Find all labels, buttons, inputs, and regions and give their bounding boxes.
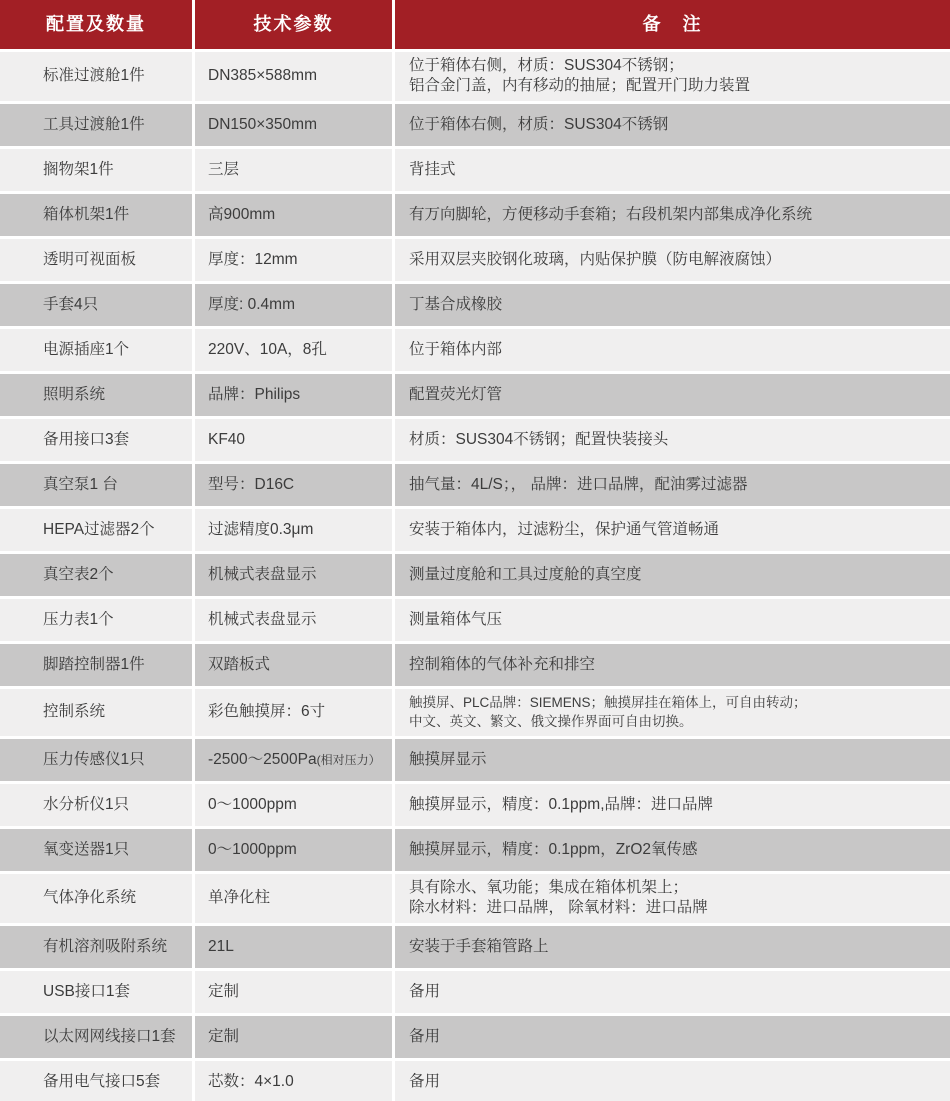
- param-value: 0～1000ppm: [208, 840, 297, 860]
- config-cell: 压力传感仪1只: [0, 739, 195, 781]
- param-cell: 0～1000ppm: [195, 784, 395, 826]
- header-param-column: 技术参数: [195, 0, 395, 49]
- table-row: 压力传感仪1只 -2500～2500Pa(相对压力） 触摸屏显示: [0, 739, 950, 784]
- remark-cell: 位于箱体内部: [395, 329, 950, 371]
- spec-table: 配置及数量 技术参数 备 注 标准过渡舱1件 DN385×588mm 位于箱体右…: [0, 0, 950, 1101]
- param-cell: 机械式表盘显示: [195, 554, 395, 596]
- remark-cell: 位于箱体右侧，材质：SUS304不锈钢: [395, 104, 950, 146]
- param-cell: 芯数：4×1.0: [195, 1061, 395, 1101]
- param-value: 彩色触摸屏：6寸: [208, 702, 325, 722]
- config-cell: 真空泵1 台: [0, 464, 195, 506]
- config-cell: 气体净化系统: [0, 874, 195, 923]
- remark-cell: 测量过度舱和工具过度舱的真空度: [395, 554, 950, 596]
- table-row: 真空泵1 台 型号：D16C 抽气量：4L/S；， 品牌：进口品牌，配油雾过滤器: [0, 464, 950, 509]
- remark-cell: 触摸屏显示: [395, 739, 950, 781]
- config-cell: 手套4只: [0, 284, 195, 326]
- param-note: (相对压力）: [317, 751, 381, 769]
- param-value: 定制: [208, 982, 239, 1002]
- config-cell: 脚踏控制器1件: [0, 644, 195, 686]
- config-cell: 控制系统: [0, 689, 195, 736]
- remark-cell: 安装于箱体内，过滤粉尘，保护通气管道畅通: [395, 509, 950, 551]
- param-value: DN385×588mm: [208, 66, 317, 86]
- config-cell: 氧变送器1只: [0, 829, 195, 871]
- remark-cell: 具有除水、氧功能；集成在箱体机架上； 除水材料：进口品牌， 除氧材料：进口品牌: [395, 874, 950, 923]
- param-value: -2500～2500Pa: [208, 750, 317, 770]
- table-row: USB接口1套 定制 备用: [0, 971, 950, 1016]
- config-cell: 照明系统: [0, 374, 195, 416]
- param-cell: 品牌：Philips: [195, 374, 395, 416]
- remark-cell: 触摸屏显示，精度：0.1ppm，ZrO2氧传感: [395, 829, 950, 871]
- table-body: 标准过渡舱1件 DN385×588mm 位于箱体右侧，材质：SUS304不锈钢；…: [0, 52, 950, 1101]
- remark-cell: 材质：SUS304不锈钢；配置快装接头: [395, 419, 950, 461]
- table-row: 标准过渡舱1件 DN385×588mm 位于箱体右侧，材质：SUS304不锈钢；…: [0, 52, 950, 104]
- table-row: 压力表1个 机械式表盘显示 测量箱体气压: [0, 599, 950, 644]
- table-row: 备用接口3套 KF40 材质：SUS304不锈钢；配置快装接头: [0, 419, 950, 464]
- config-cell: 真空表2个: [0, 554, 195, 596]
- param-cell: -2500～2500Pa(相对压力）: [195, 739, 395, 781]
- table-row: HEPA过滤器2个 过滤精度0.3μm 安装于箱体内，过滤粉尘，保护通气管道畅通: [0, 509, 950, 554]
- table-row: 备用电气接口5套 芯数：4×1.0 备用: [0, 1061, 950, 1101]
- param-cell: 单净化柱: [195, 874, 395, 923]
- param-value: 厚度: 0.4mm: [208, 295, 295, 315]
- table-row: 氧变送器1只 0～1000ppm 触摸屏显示，精度：0.1ppm，ZrO2氧传感: [0, 829, 950, 874]
- table-row: 透明可视面板 厚度：12mm 采用双层夹胶钢化玻璃，内贴保护膜（防电解液腐蚀）: [0, 239, 950, 284]
- param-cell: DN385×588mm: [195, 52, 395, 101]
- table-row: 控制系统 彩色触摸屏：6寸 触摸屏、PLC品牌：SIEMENS；触摸屏挂在箱体上…: [0, 689, 950, 739]
- param-cell: 220V、10A，8孔: [195, 329, 395, 371]
- param-value: 机械式表盘显示: [208, 565, 317, 585]
- config-cell: 透明可视面板: [0, 239, 195, 281]
- param-value: 双踏板式: [208, 655, 270, 675]
- config-cell: 水分析仪1只: [0, 784, 195, 826]
- remark-cell: 安装于手套箱管路上: [395, 926, 950, 968]
- remark-cell: 有万向脚轮，方便移动手套箱；右段机架内部集成净化系统: [395, 194, 950, 236]
- param-value: 厚度：12mm: [208, 250, 298, 270]
- param-cell: 过滤精度0.3μm: [195, 509, 395, 551]
- config-cell: 有机溶剂吸附系统: [0, 926, 195, 968]
- param-value: DN150×350mm: [208, 115, 317, 135]
- table-row: 箱体机架1件 高900mm 有万向脚轮，方便移动手套箱；右段机架内部集成净化系统: [0, 194, 950, 239]
- param-cell: 双踏板式: [195, 644, 395, 686]
- remark-cell: 丁基合成橡胶: [395, 284, 950, 326]
- param-cell: KF40: [195, 419, 395, 461]
- remark-cell: 配置荧光灯管: [395, 374, 950, 416]
- param-value: 220V、10A，8孔: [208, 340, 327, 360]
- config-cell: 备用接口3套: [0, 419, 195, 461]
- table-row: 水分析仪1只 0～1000ppm 触摸屏显示，精度：0.1ppm,品牌：进口品牌: [0, 784, 950, 829]
- param-cell: 型号：D16C: [195, 464, 395, 506]
- param-cell: 彩色触摸屏：6寸: [195, 689, 395, 736]
- config-cell: 压力表1个: [0, 599, 195, 641]
- param-cell: 高900mm: [195, 194, 395, 236]
- table-row: 脚踏控制器1件 双踏板式 控制箱体的气体补充和排空: [0, 644, 950, 689]
- param-cell: 厚度：12mm: [195, 239, 395, 281]
- remark-cell: 抽气量：4L/S；， 品牌：进口品牌，配油雾过滤器: [395, 464, 950, 506]
- config-cell: 箱体机架1件: [0, 194, 195, 236]
- remark-cell: 备用: [395, 971, 950, 1013]
- param-value: KF40: [208, 430, 245, 450]
- remark-cell: 触摸屏、PLC品牌：SIEMENS；触摸屏挂在箱体上，可自由转动； 中文、英文、…: [395, 689, 950, 736]
- table-row: 电源插座1个 220V、10A，8孔 位于箱体内部: [0, 329, 950, 374]
- remark-cell: 背挂式: [395, 149, 950, 191]
- param-value: 型号：D16C: [208, 475, 294, 495]
- param-value: 21L: [208, 937, 234, 957]
- remark-cell: 备用: [395, 1061, 950, 1101]
- table-row: 搁物架1件 三层 背挂式: [0, 149, 950, 194]
- config-cell: 备用电气接口5套: [0, 1061, 195, 1101]
- table-row: 以太网网线接口1套 定制 备用: [0, 1016, 950, 1061]
- config-cell: 以太网网线接口1套: [0, 1016, 195, 1058]
- remark-cell: 备用: [395, 1016, 950, 1058]
- param-cell: 厚度: 0.4mm: [195, 284, 395, 326]
- param-value: 机械式表盘显示: [208, 610, 317, 630]
- table-row: 有机溶剂吸附系统 21L 安装于手套箱管路上: [0, 926, 950, 971]
- table-row: 照明系统 品牌：Philips 配置荧光灯管: [0, 374, 950, 419]
- param-value: 定制: [208, 1027, 239, 1047]
- header-config-column: 配置及数量: [0, 0, 195, 49]
- param-cell: 三层: [195, 149, 395, 191]
- config-cell: HEPA过滤器2个: [0, 509, 195, 551]
- param-value: 高900mm: [208, 205, 275, 225]
- param-value: 单净化柱: [208, 888, 270, 908]
- table-row: 工具过渡舱1件 DN150×350mm 位于箱体右侧，材质：SUS304不锈钢: [0, 104, 950, 149]
- config-cell: 搁物架1件: [0, 149, 195, 191]
- param-value: 过滤精度0.3μm: [208, 520, 313, 540]
- table-row: 真空表2个 机械式表盘显示 测量过度舱和工具过度舱的真空度: [0, 554, 950, 599]
- param-value: 品牌：Philips: [208, 385, 300, 405]
- remark-cell: 测量箱体气压: [395, 599, 950, 641]
- table-header: 配置及数量 技术参数 备 注: [0, 0, 950, 52]
- param-value: 0～1000ppm: [208, 795, 297, 815]
- param-cell: 21L: [195, 926, 395, 968]
- config-cell: 电源插座1个: [0, 329, 195, 371]
- table-row: 手套4只 厚度: 0.4mm 丁基合成橡胶: [0, 284, 950, 329]
- param-cell: 0～1000ppm: [195, 829, 395, 871]
- param-cell: 机械式表盘显示: [195, 599, 395, 641]
- param-value: 芯数：4×1.0: [208, 1072, 294, 1092]
- remark-cell: 控制箱体的气体补充和排空: [395, 644, 950, 686]
- config-cell: 工具过渡舱1件: [0, 104, 195, 146]
- remark-cell: 触摸屏显示，精度：0.1ppm,品牌：进口品牌: [395, 784, 950, 826]
- config-cell: 标准过渡舱1件: [0, 52, 195, 101]
- header-remark-column: 备 注: [395, 0, 950, 49]
- param-value: 三层: [208, 160, 239, 180]
- param-cell: 定制: [195, 971, 395, 1013]
- table-row: 气体净化系统 单净化柱 具有除水、氧功能；集成在箱体机架上； 除水材料：进口品牌…: [0, 874, 950, 926]
- remark-cell: 采用双层夹胶钢化玻璃，内贴保护膜（防电解液腐蚀）: [395, 239, 950, 281]
- remark-cell: 位于箱体右侧，材质：SUS304不锈钢； 铝合金门盖，内有移动的抽屉；配置开门助…: [395, 52, 950, 101]
- config-cell: USB接口1套: [0, 971, 195, 1013]
- param-cell: DN150×350mm: [195, 104, 395, 146]
- param-cell: 定制: [195, 1016, 395, 1058]
